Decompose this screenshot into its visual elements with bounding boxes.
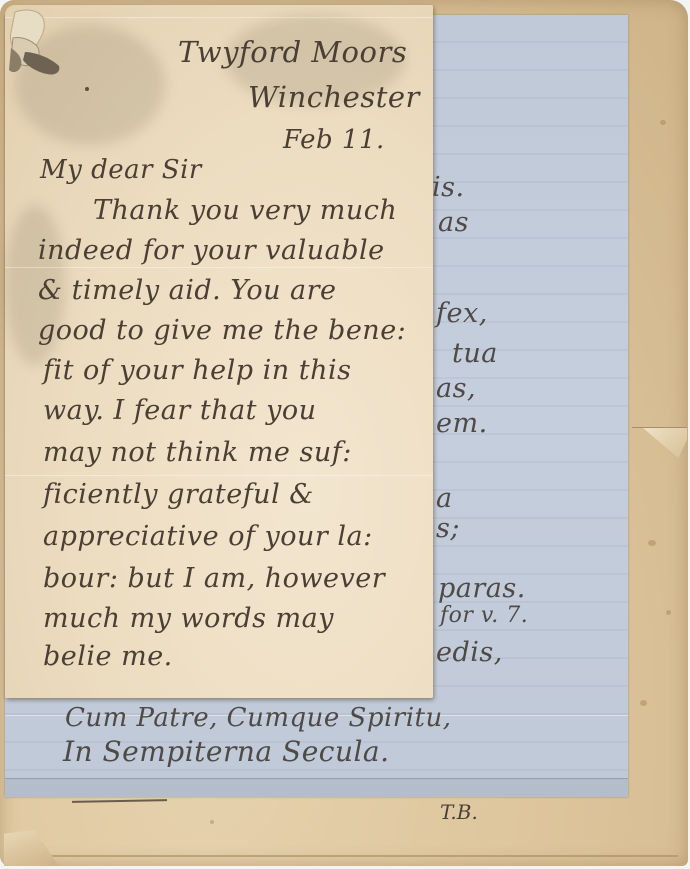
sheet-fragment: for v. 7. xyxy=(440,603,528,628)
body-line: indeed for your valuable xyxy=(38,235,385,266)
sheet-fragment: as xyxy=(438,207,469,238)
sheet-fragment: s; xyxy=(436,513,460,544)
letter-fold-line xyxy=(5,267,433,268)
sheet-fragment: em. xyxy=(436,408,488,439)
body-line: good to give me the bene: xyxy=(38,315,406,346)
sheet-fragment: is. xyxy=(432,172,465,203)
pin-hole xyxy=(85,87,89,91)
sheet-fragment: edis, xyxy=(436,637,503,668)
body-line: ficiently grateful & xyxy=(43,479,314,510)
sheet-fragment: fex, xyxy=(436,298,488,329)
sheet-line-cum-patre: Cum Patre, Cumque Spiritu, xyxy=(65,703,451,733)
body-line: way. I fear that you xyxy=(43,395,317,426)
address-line-1: Twyford Moors xyxy=(178,35,407,69)
body-line: fit of your help in this xyxy=(43,355,352,386)
salutation: My dear Sir xyxy=(40,155,202,185)
card-crease xyxy=(632,427,687,428)
body-line: may not think me suf: xyxy=(43,437,352,468)
body-line: appreciative of your la: xyxy=(43,521,373,552)
body-line: Thank you very much xyxy=(93,195,397,226)
date-line: Feb 11. xyxy=(283,125,385,155)
initials-annotation: T.B. xyxy=(440,800,478,824)
letter-fold-line xyxy=(5,475,433,476)
ribbon-binding-icon xyxy=(7,8,65,80)
body-line: much my words may xyxy=(43,603,334,634)
letter-top-fold xyxy=(5,17,433,18)
foxing-spot xyxy=(660,120,666,125)
sheet-fragment: paras. xyxy=(438,573,526,604)
foxing-spot xyxy=(640,700,647,706)
card-edge-line xyxy=(6,855,678,857)
sheet-fragment: as, xyxy=(436,373,476,404)
body-line: bour: but I am, however xyxy=(43,563,385,594)
foxing-spot xyxy=(666,610,671,615)
address-line-2: Winchester xyxy=(248,80,420,114)
letter-sheet: Twyford Moors Winchester Feb 11. My dear… xyxy=(5,5,433,698)
foxing-spot xyxy=(210,820,214,824)
sheet-fragment: a xyxy=(436,483,453,514)
sheet-bottom-band xyxy=(5,778,628,797)
sheet-line-in-sempiterna: In Sempiterna Secula. xyxy=(63,735,390,768)
body-line: & timely aid. You are xyxy=(38,275,337,306)
sheet-fragment: tua xyxy=(452,338,498,369)
foxing-spot xyxy=(648,540,656,546)
body-line: belie me. xyxy=(43,641,173,672)
